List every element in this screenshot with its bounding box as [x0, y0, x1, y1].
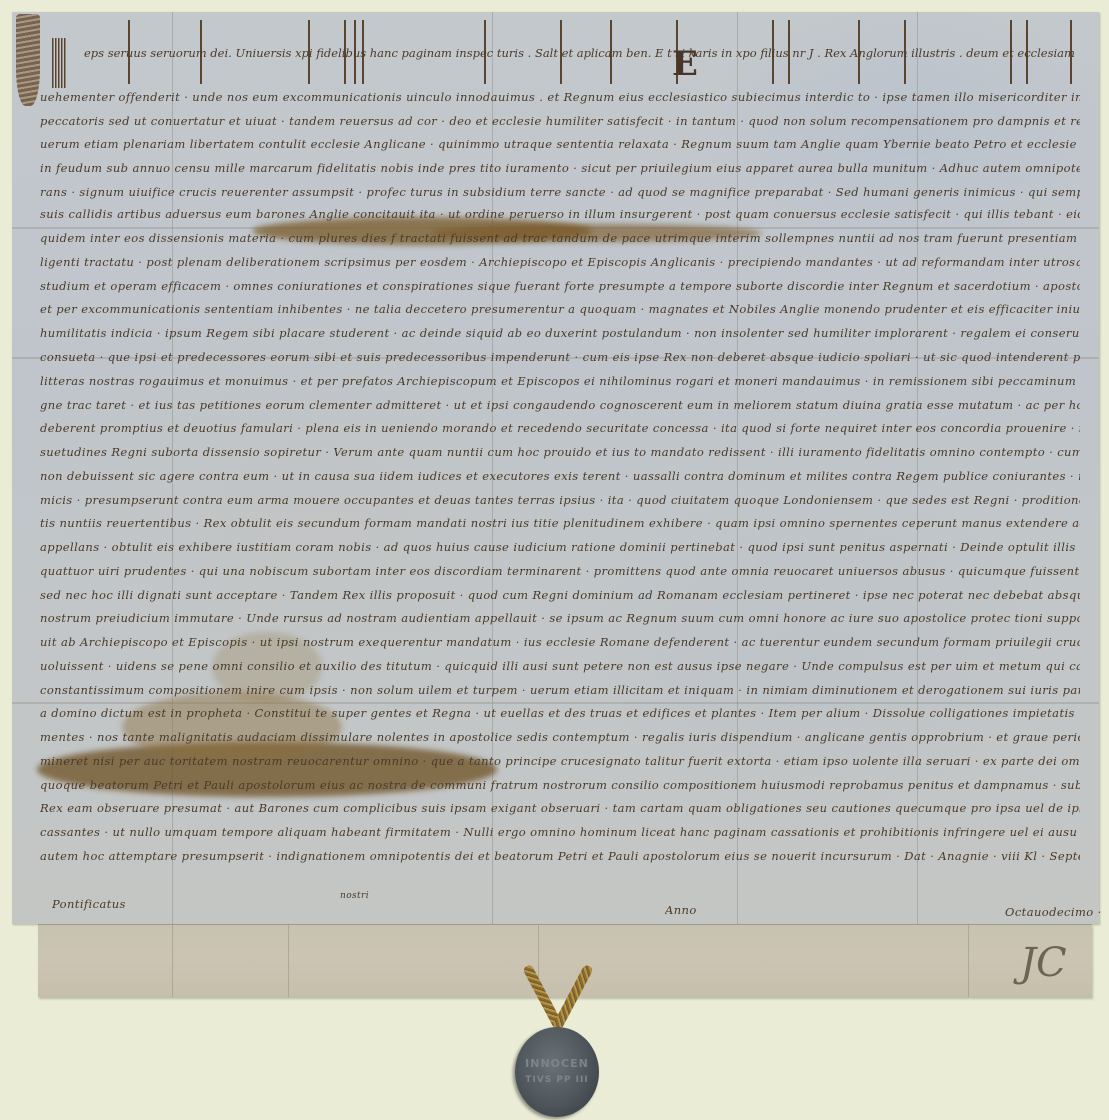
water-stain	[122, 692, 342, 762]
text-line: non debuissent sic agere contra eum · ut…	[40, 468, 1080, 484]
text-line: consueta · que ipsi et predecessores eor…	[40, 349, 1080, 365]
text-line: rans · signum uiuifice crucis reuerenter…	[40, 184, 1080, 200]
decorated-initial-I	[16, 14, 40, 106]
text-line: cassantes · ut nullo umquam tempore aliq…	[40, 824, 1080, 840]
text-line: a domino dictum est in propheta · Consti…	[40, 705, 1080, 721]
plica-annotation: JC	[1020, 940, 1067, 986]
text-line: uoluissent · uidens se pene omni consili…	[40, 658, 1080, 674]
text-line: in feudum sub annuo censu mille marcarum…	[40, 160, 1080, 176]
text-line: constantissimum compositionem inire cum …	[40, 682, 1080, 698]
text-line: humilitatis indicia · ipsum Regem sibi p…	[40, 325, 1080, 341]
seal-inscription: TIVS PP III	[515, 1075, 599, 1085]
text-line: uerum etiam plenariam libertatem contuli…	[40, 136, 1080, 152]
text-line: suis callidis artibus aduersus eum baron…	[40, 206, 1080, 222]
decorated-initial-E: E	[672, 44, 698, 84]
seal-inscription: INNOCEN	[515, 1057, 599, 1070]
opening-line: eps seruus seruorum dei. Uniuersis xpi f…	[84, 46, 1075, 60]
closing-pontificatus: Pontificatus	[52, 896, 126, 912]
text-line: Rex eam obseruare presumat · aut Barones…	[40, 800, 1080, 816]
text-line: quattuor uiri prudentes · qui una nobisc…	[40, 563, 1080, 579]
text-line: mentes · nos tante malignitatis audaciam…	[40, 729, 1080, 745]
lead-bulla-seal: INNOCEN TIVS PP III	[515, 1027, 599, 1117]
closing-anno: Anno	[665, 902, 697, 918]
text-line: quidem inter eos dissensionis materia · …	[40, 230, 1080, 246]
text-line: et per excommunicationis sententiam inhi…	[40, 301, 1080, 317]
text-line: peccatoris sed ut conuertatur et uiuat ·…	[40, 113, 1080, 129]
text-line: sed nec hoc illi dignati sunt acceptare …	[40, 587, 1080, 603]
plica-fold	[38, 924, 1092, 997]
text-line: deberent promptius et deuotius famulari …	[40, 420, 1080, 436]
text-line: mineret nisi per auc toritatem nostram r…	[40, 753, 1080, 769]
text-line: studium et operam efficacem · omnes coni…	[40, 278, 1080, 294]
text-line: suetudines Regni suborta dissensio sopir…	[40, 444, 1080, 460]
text-line: autem hoc attemptare presumpserit · indi…	[40, 848, 1080, 864]
text-line: micis · presumpserunt contra eum arma mo…	[40, 492, 1080, 508]
text-line: appellans · obtulit eis exhibere iustiti…	[40, 539, 1080, 555]
text-line: litteras nostras rogauimus et monuimus ·…	[40, 373, 1080, 389]
text-line: uit ab Archiepiscopo et Episcopis · ut i…	[40, 634, 1080, 650]
closing-nostri: nostri	[340, 888, 369, 904]
text-line: uehementer offenderit · unde nos eum exc…	[40, 89, 1080, 105]
text-line: tis nuntiis reuertentibus · Rex obtulit …	[40, 515, 1080, 531]
text-line: ligenti tractatu · post plenam deliberat…	[40, 254, 1080, 270]
text-line: gne trac taret · et ius tas petitiones e…	[40, 397, 1080, 413]
closing-year: Octauodecimo ·	[1005, 904, 1102, 920]
text-line: quoque beatorum Petri et Pauli apostolor…	[40, 777, 1080, 793]
text-line: nostrum preiudicium immutare · Unde rurs…	[40, 610, 1080, 626]
